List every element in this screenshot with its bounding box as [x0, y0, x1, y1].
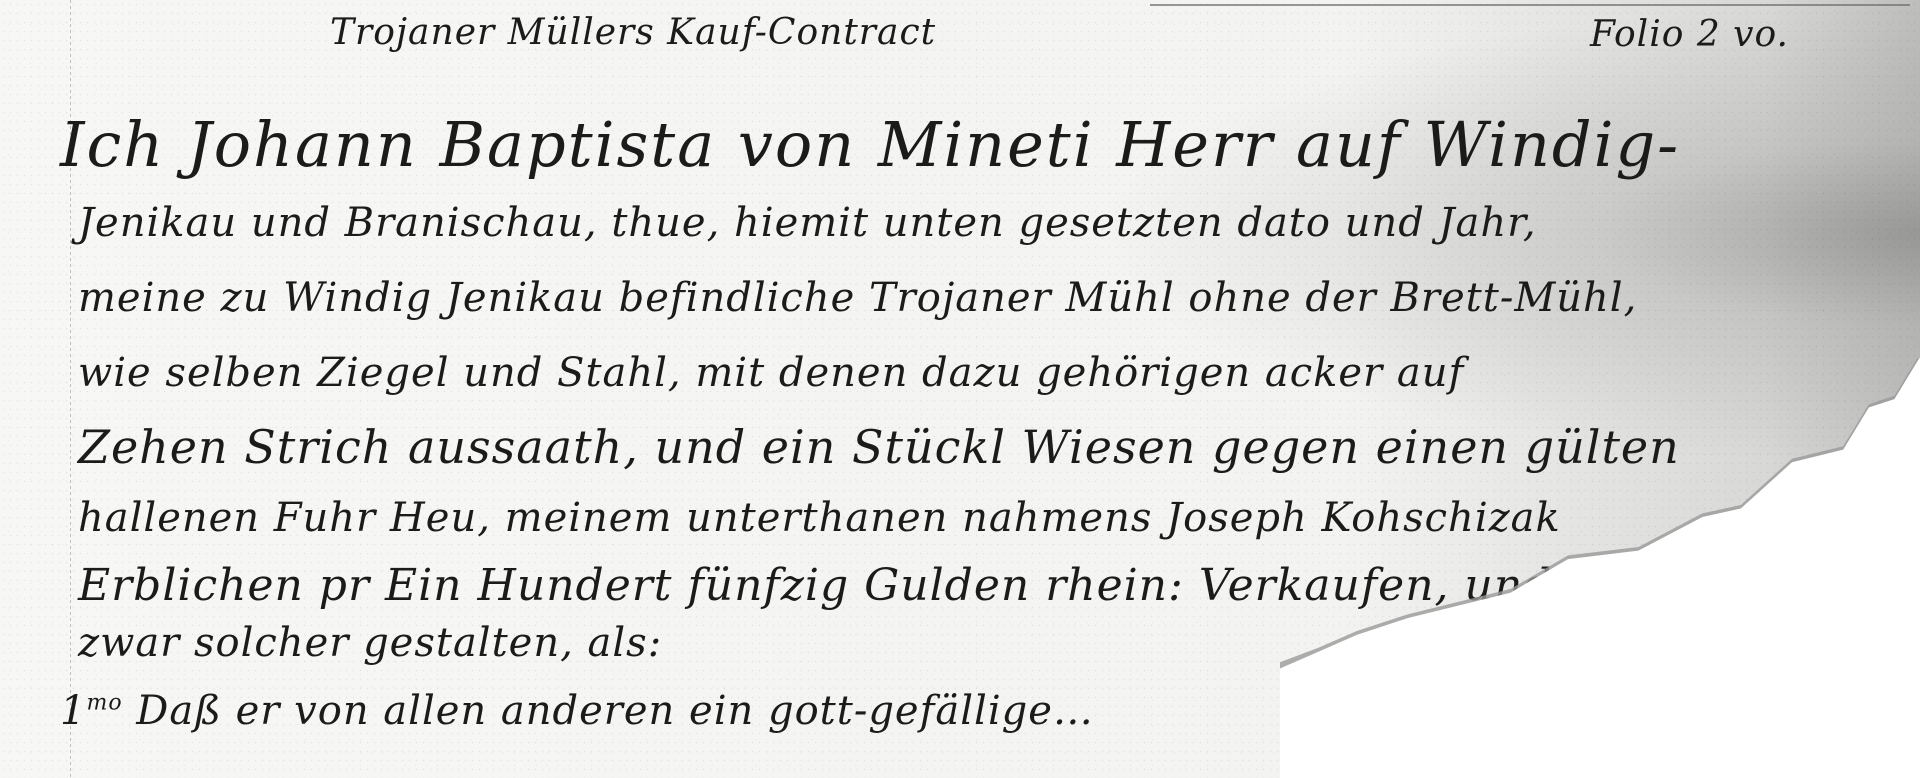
text-line-7: Erblichen pr Ein Hundert fünfzig Gulden … [78, 560, 1552, 611]
item-ordinal: 1 [60, 688, 86, 734]
text-line-4: wie selben Ziegel und Stahl, mit denen d… [78, 350, 1464, 396]
document-title: Trojaner Müllers Kauf-Contract [330, 12, 936, 53]
text-line-5: Zehen Strich aussaath, und ein Stückl Wi… [78, 420, 1680, 474]
text-line-6: hallenen Fuhr Heu, meinem unterthanen na… [78, 495, 1561, 541]
text-line-8: zwar solcher gestalten, als: [78, 620, 662, 666]
top-border-rule [1150, 4, 1910, 6]
text-line-3: meine zu Windig Jenikau befindliche Troj… [78, 275, 1637, 321]
document-page: Trojaner Müllers Kauf-Contract Folio 2 v… [0, 0, 1920, 778]
item-text: Daß er von allen anderen ein gott-gefäll… [136, 688, 1094, 734]
text-line-1: Ich Johann Baptista von Mineti Herr auf … [60, 108, 1680, 181]
folio-number: Folio 2 vo. [1590, 14, 1789, 55]
item-ordinal-suffix: mo [86, 691, 122, 716]
text-line-2: Jenikau und Branischau, thue, hiemit unt… [78, 200, 1537, 246]
list-item-1: 1mo Daß er von allen anderen ein gott-ge… [60, 688, 1094, 734]
